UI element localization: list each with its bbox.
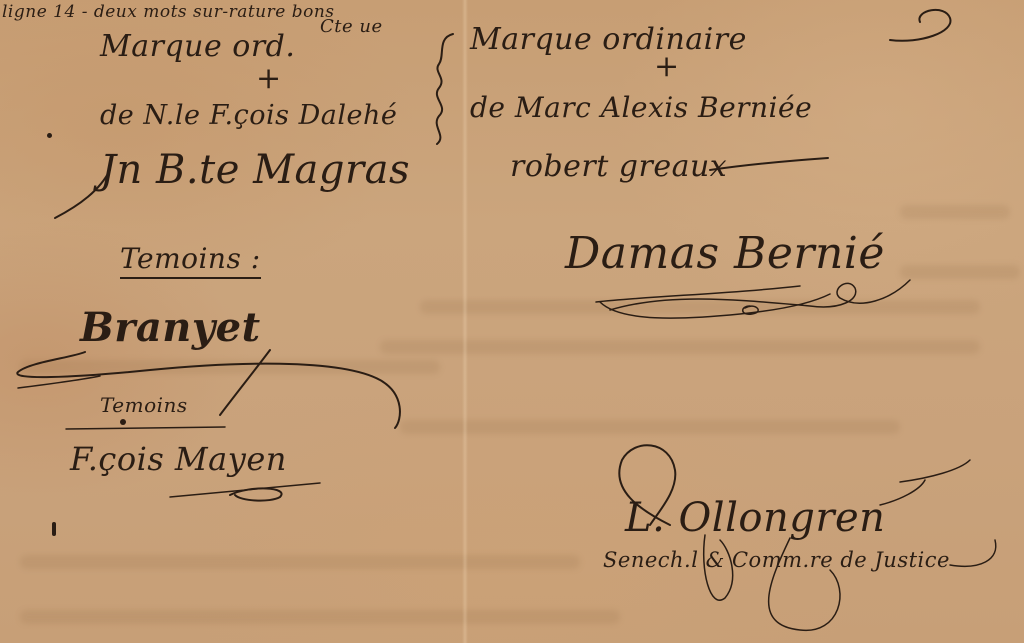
magras-flourish [50, 150, 170, 230]
left-mark-label: Marque ord. [100, 32, 295, 62]
top-partial-line: ligne 14 - deux mots sur-rature bons [2, 4, 335, 21]
official-title: Senech.l & Comm.re de Justice [603, 550, 950, 571]
right-mark-cross: + [654, 52, 680, 82]
witness-label-2: Temoins [100, 395, 188, 415]
ink-dot [47, 133, 52, 138]
curly-brace-divider [425, 28, 465, 148]
right-mark-owner: de Marc Alexis Berniée [470, 94, 812, 122]
bleed-through-line [20, 555, 580, 569]
left-mark-owner: de N.le F.çois Dalehé [100, 102, 397, 129]
ink-dot [120, 419, 126, 425]
top-superscript: Cte ue [320, 18, 383, 36]
right-mark-label: Marque ordinaire [470, 25, 747, 55]
mayen-flourish [60, 425, 340, 505]
right-signature-greaux: robert greaux [510, 152, 727, 182]
bleed-through-line [900, 205, 1010, 219]
ink-mark [52, 522, 56, 536]
ordinaire-flourish [860, 4, 960, 54]
bleed-through-line [380, 340, 980, 354]
witnesses-heading: Temoins : [120, 245, 261, 279]
bleed-through-line [20, 610, 620, 624]
bernie-paraph-flourish [590, 270, 920, 340]
left-mark-cross: + [256, 64, 282, 94]
greaux-underline [700, 150, 840, 180]
ollongren-flourish [600, 430, 1000, 640]
branyet-flourish [10, 340, 410, 430]
